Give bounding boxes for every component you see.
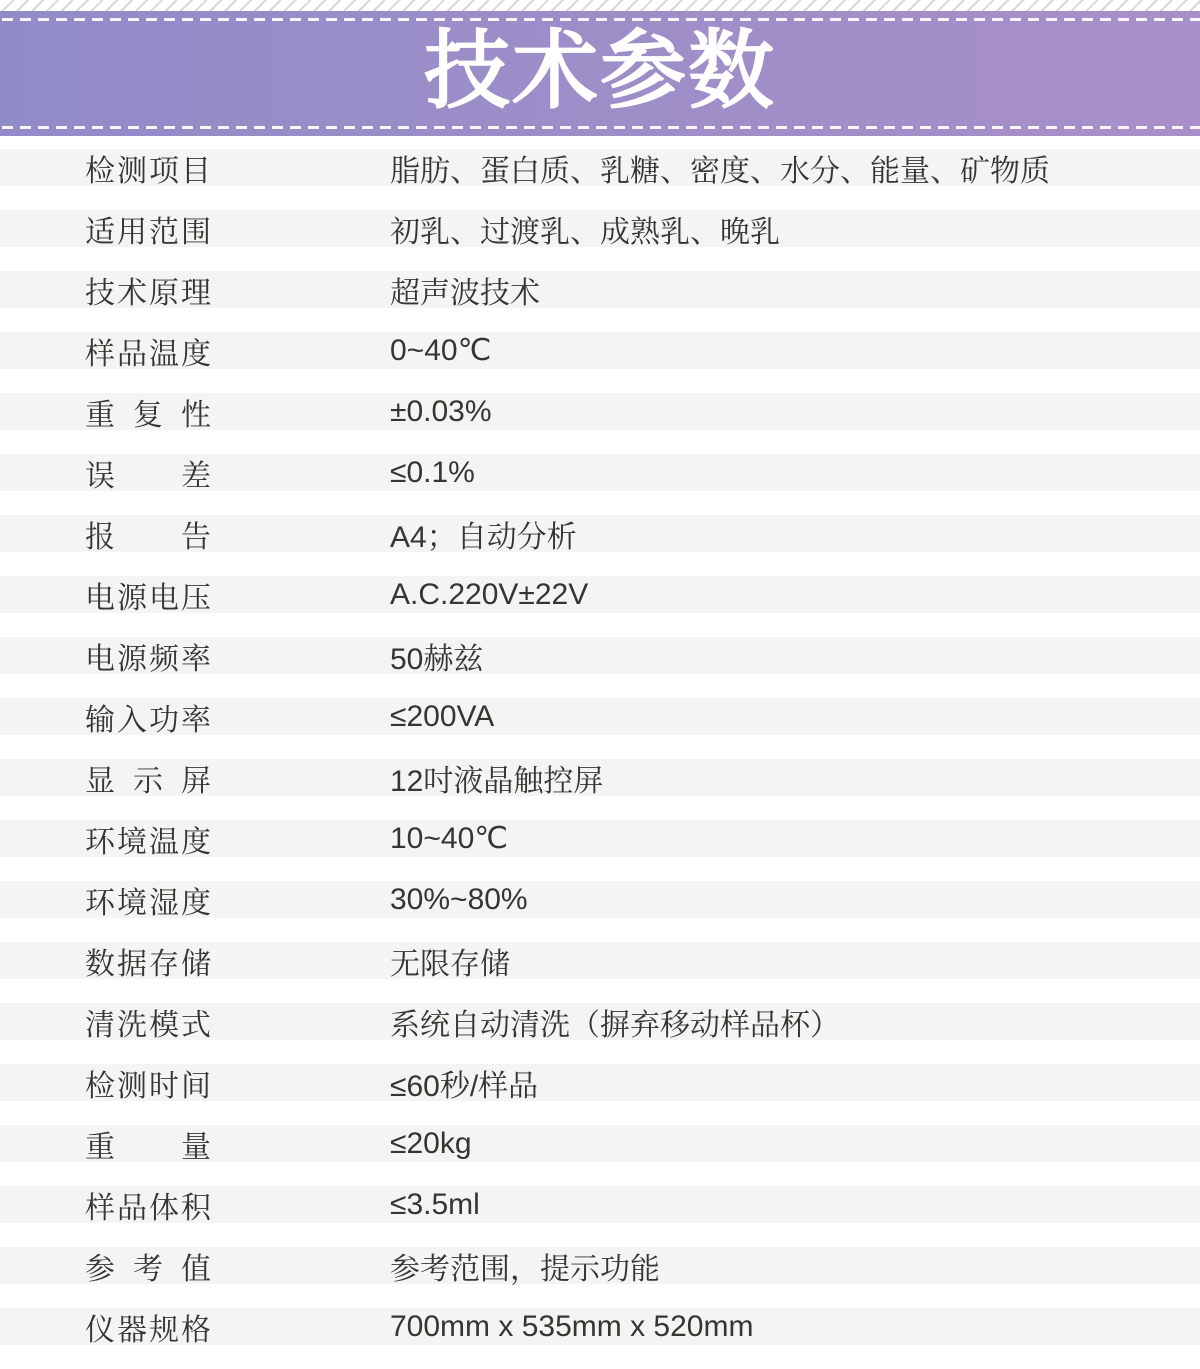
spec-value: 参考范围，提示功能 <box>390 1244 660 1288</box>
spec-value: 脂肪、蛋白质、乳糖、密度、水分、能量、矿物质 <box>390 146 1050 190</box>
spec-row: 适用范围 初乳、过渡乳、成熟乳、晚乳 <box>0 210 1200 247</box>
spec-value: ≤200VA <box>390 700 494 734</box>
spec-row: 误差 ≤0.1% <box>0 454 1200 491</box>
spec-label: 环境湿度 <box>85 878 211 922</box>
spec-row: 检测时间 ≤60秒/样品 <box>0 1064 1200 1101</box>
spec-row: 重复性 ±0.03% <box>0 393 1200 430</box>
spec-label: 检测项目 <box>85 146 211 190</box>
spec-label: 清洗模式 <box>85 1000 211 1044</box>
spec-label: 电源频率 <box>85 634 211 678</box>
spec-label: 输入功率 <box>85 695 211 739</box>
spec-value: 700mm x 535mm x 520mm <box>390 1310 753 1344</box>
spec-row: 环境湿度 30%~80% <box>0 881 1200 918</box>
spec-label: 环境温度 <box>85 817 211 861</box>
spec-row: 数据存储 无限存储 <box>0 942 1200 979</box>
spec-row: 电源电压 A.C.220V±22V <box>0 576 1200 613</box>
spec-row: 环境温度 10~40℃ <box>0 820 1200 857</box>
spec-label: 重复性 <box>85 390 211 434</box>
spec-label: 误差 <box>85 451 211 495</box>
spec-value: 50赫兹 <box>390 634 483 678</box>
spec-value: 30%~80% <box>390 883 528 917</box>
spec-row: 仪器规格 700mm x 535mm x 520mm <box>0 1308 1200 1345</box>
title-banner: 技术参数 <box>0 11 1200 136</box>
spec-value: 0~40℃ <box>390 333 491 368</box>
spec-row: 显示屏 12吋液晶触控屏 <box>0 759 1200 796</box>
spec-label: 电源电压 <box>85 573 211 617</box>
spec-value: ≤3.5ml <box>390 1188 480 1222</box>
dashed-line-top <box>2 18 1200 21</box>
spec-row: 参考值 参考范围，提示功能 <box>0 1247 1200 1284</box>
dashed-line-bottom <box>2 126 1200 129</box>
spec-label: 仪器规格 <box>85 1305 211 1349</box>
spec-row: 电源频率 50赫兹 <box>0 637 1200 674</box>
spec-value: A.C.220V±22V <box>390 578 588 612</box>
spec-label: 参考值 <box>85 1244 211 1288</box>
spec-value: ±0.03% <box>390 395 492 429</box>
spec-value: 超声波技术 <box>390 268 540 312</box>
spec-table: 检测项目 脂肪、蛋白质、乳糖、密度、水分、能量、矿物质 适用范围 初乳、过渡乳、… <box>0 149 1200 1369</box>
spec-value: 12吋液晶触控屏 <box>390 756 603 800</box>
spec-value: 10~40℃ <box>390 821 508 856</box>
spec-row: 清洗模式 系统自动清洗（摒弃移动样品杯） <box>0 1003 1200 1040</box>
spec-value: ≤20kg <box>390 1127 472 1161</box>
spec-value: ≤0.1% <box>390 456 475 490</box>
spec-label: 样品体积 <box>85 1183 211 1227</box>
spec-row: 报告 A4；自动分析 <box>0 515 1200 552</box>
spec-label: 报告 <box>85 512 211 556</box>
spec-row: 检测项目 脂肪、蛋白质、乳糖、密度、水分、能量、矿物质 <box>0 149 1200 186</box>
spec-value: 系统自动清洗（摒弃移动样品杯） <box>390 1000 840 1044</box>
spec-label: 显示屏 <box>85 756 211 800</box>
spec-value: A4；自动分析 <box>390 512 577 556</box>
spec-row: 重量 ≤20kg <box>0 1125 1200 1162</box>
spec-row: 样品温度 0~40℃ <box>0 332 1200 369</box>
spec-row: 技术原理 超声波技术 <box>0 271 1200 308</box>
spec-label: 技术原理 <box>85 268 211 312</box>
spec-value: 初乳、过渡乳、成熟乳、晚乳 <box>390 207 780 251</box>
spec-label: 样品温度 <box>85 329 211 373</box>
spec-row: 输入功率 ≤200VA <box>0 698 1200 735</box>
spec-label: 重量 <box>85 1122 211 1166</box>
spec-value: 无限存储 <box>390 939 510 983</box>
page-title: 技术参数 <box>0 11 1200 136</box>
spec-label: 检测时间 <box>85 1061 211 1105</box>
spec-value: ≤60秒/样品 <box>390 1061 538 1105</box>
spec-label: 数据存储 <box>85 939 211 983</box>
spec-row: 样品体积 ≤3.5ml <box>0 1186 1200 1223</box>
spec-label: 适用范围 <box>85 207 211 251</box>
